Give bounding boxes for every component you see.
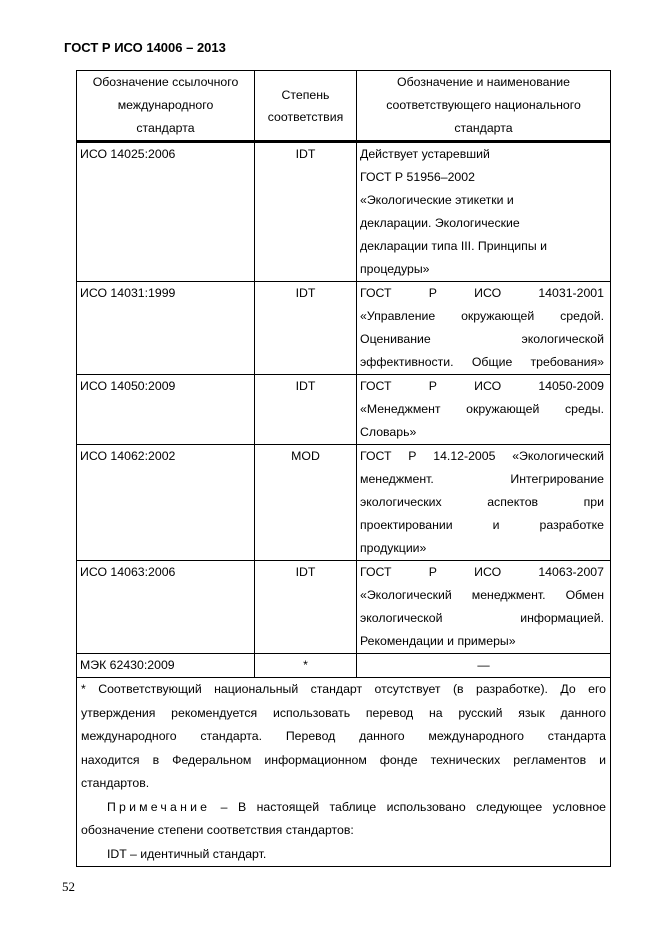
- note-legend: IDT – идентичный стандарт.: [81, 843, 606, 867]
- footnote-line: утверждения рекомендуется использовать п…: [81, 702, 606, 726]
- footnote-line: * Соответствующий национальный стандарт …: [81, 678, 606, 702]
- note-line: Примечание – В настоящей таблице использ…: [81, 796, 606, 820]
- column-header-national: Обозначение и наименование соответствующ…: [357, 71, 611, 142]
- degree-cell: *: [255, 654, 357, 678]
- note-text: – В настоящей таблице использовано следу…: [210, 800, 606, 814]
- international-standard-cell: ИСО 14050:2009: [77, 375, 255, 445]
- page-number: 52: [62, 879, 75, 895]
- table-header-row: Обозначение ссылочного международного ст…: [77, 71, 611, 142]
- national-standard-cell: ГОСТ Р ИСО 14050-2009 «Менеджмент окружа…: [357, 375, 611, 445]
- degree-cell: IDT: [255, 282, 357, 375]
- table-row: ИСО 14031:1999 IDT ГОСТ Р ИСО 14031-2001…: [77, 282, 611, 375]
- table-row: ИСО 14062:2002 MOD ГОСТ Р 14.12-2005 «Эк…: [77, 445, 611, 561]
- column-header-degree: Степень соответствия: [255, 71, 357, 142]
- international-standard-cell: ИСО 14025:2006: [77, 142, 255, 282]
- note-line: обозначение степени соответствия стандар…: [81, 819, 606, 843]
- document-header-title: ГОСТ Р ИСО 14006 – 2013: [64, 40, 226, 55]
- footnote-line: международного стандарта. Перевод данног…: [81, 725, 606, 749]
- reference-standards-table: Обозначение ссылочного международного ст…: [76, 70, 611, 867]
- national-standard-cell: ГОСТ Р ИСО 14031-2001 «Управление окружа…: [357, 282, 611, 375]
- degree-cell: IDT: [255, 375, 357, 445]
- table-row: МЭК 62430:2009 * —: [77, 654, 611, 678]
- international-standard-cell: ИСО 14063:2006: [77, 561, 255, 654]
- footnote-line: находится в Федеральном информационном ф…: [81, 749, 606, 773]
- national-standard-cell: —: [357, 654, 611, 678]
- degree-cell: MOD: [255, 445, 357, 561]
- national-standard-cell: Действует устаревший ГОСТ Р 51956–2002 «…: [357, 142, 611, 282]
- international-standard-cell: ИСО 14031:1999: [77, 282, 255, 375]
- footnote-cell: * Соответствующий национальный стандарт …: [77, 678, 611, 867]
- international-standard-cell: МЭК 62430:2009: [77, 654, 255, 678]
- national-standard-cell: ГОСТ Р 14.12-2005 «Экологический менеджм…: [357, 445, 611, 561]
- international-standard-cell: ИСО 14062:2002: [77, 445, 255, 561]
- degree-cell: IDT: [255, 142, 357, 282]
- national-standard-cell: ГОСТ Р ИСО 14063-2007 «Экологический мен…: [357, 561, 611, 654]
- degree-cell: IDT: [255, 561, 357, 654]
- footnote-line: стандартов.: [81, 772, 606, 796]
- column-header-international: Обозначение ссылочного международного ст…: [77, 71, 255, 142]
- footnote-row: * Соответствующий национальный стандарт …: [77, 678, 611, 867]
- table-row: ИСО 14025:2006 IDT Действует устаревший …: [77, 142, 611, 282]
- table-row: ИСО 14050:2009 IDT ГОСТ Р ИСО 14050-2009…: [77, 375, 611, 445]
- table-row: ИСО 14063:2006 IDT ГОСТ Р ИСО 14063-2007…: [77, 561, 611, 654]
- note-label: Примечание: [107, 800, 210, 814]
